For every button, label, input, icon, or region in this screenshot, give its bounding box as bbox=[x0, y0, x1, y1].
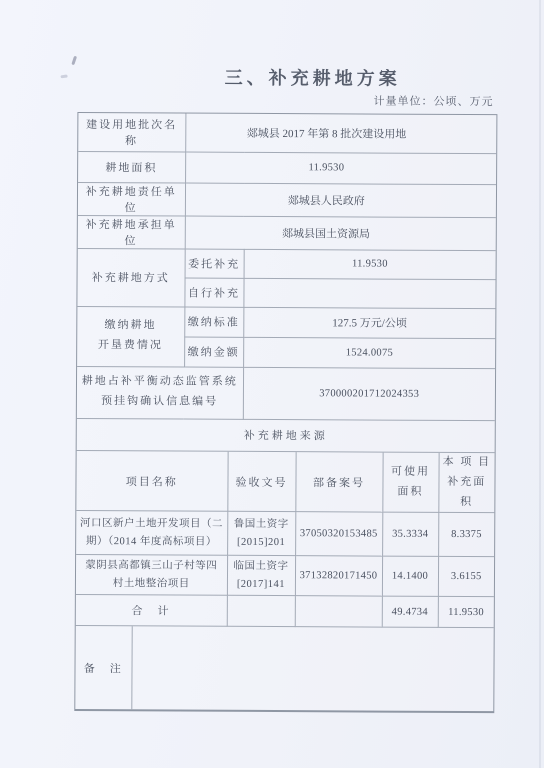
monitor-system-label-line2: 预挂钩确认信息编号 bbox=[101, 395, 218, 408]
source-section-header: 补充耕地来源 bbox=[77, 418, 495, 453]
header-project-name: 项目名称 bbox=[76, 451, 227, 512]
responsible-unit-label: 补充耕地责任单位 bbox=[78, 182, 185, 216]
total-label: 合 计 bbox=[76, 595, 227, 627]
batch-name-label: 建设用地批次名称 bbox=[78, 113, 185, 152]
fee-situation-label-line1: 缴纳耕地 bbox=[105, 319, 157, 331]
usable-area: 35.3334 bbox=[382, 512, 438, 556]
table-row: 耕地面积 11.9530 bbox=[78, 151, 496, 184]
remark-value bbox=[131, 627, 493, 712]
project-name-line2: 期）（2014 年度高标项目） bbox=[86, 536, 217, 548]
monitor-system-label-line1: 耕地占补平衡动态监管系统 bbox=[82, 375, 238, 388]
acceptance-doc: 鲁国土资字 [2015]201 bbox=[227, 512, 295, 556]
acceptance-doc-line1: 鲁国土资字 bbox=[234, 519, 289, 530]
project-name-line1: 蒙阴县高都镇三山子村等四 bbox=[85, 560, 217, 572]
total-usable-area: 49.4734 bbox=[382, 596, 438, 627]
monitor-confirmation-number: 370000201712024353 bbox=[243, 367, 495, 420]
batch-name-value: 郯城县 2017 年第 8 批次建设用地 bbox=[185, 114, 496, 154]
undertaking-unit-label: 补充耕地承担单位 bbox=[78, 215, 185, 249]
payment-standard-value: 127.5 万元/公顷 bbox=[243, 307, 495, 338]
table-row: 补充耕地来源 bbox=[77, 418, 495, 452]
total-supplement-area: 11.9530 bbox=[438, 597, 494, 628]
fee-situation-label-line2: 开垦费情况 bbox=[98, 339, 163, 351]
record-number: 37132820171450 bbox=[295, 556, 382, 596]
table-row: 缴纳耕地 开垦费情况 缴纳标准 127.5 万元/公顷 bbox=[77, 306, 495, 338]
table-row: 补充耕地方式 委托补充 11.9530 bbox=[78, 248, 496, 279]
usable-area: 14.1400 bbox=[382, 556, 438, 596]
project-name-line1: 河口区新户土地开发项目（二 bbox=[80, 518, 223, 530]
entrust-supplement-value: 11.9530 bbox=[244, 249, 496, 279]
pen-mark bbox=[71, 56, 77, 65]
measurement-unit-note: 计量单位：公顷、万元 bbox=[77, 91, 493, 109]
total-row: 合 计 49.4734 11.9530 bbox=[76, 595, 494, 628]
acceptance-doc-line1: 临国土资字 bbox=[234, 561, 289, 572]
table-row: 建设用地批次名称 郯城县 2017 年第 8 批次建设用地 bbox=[78, 113, 496, 153]
project-name: 蒙阴县高都镇三山子村等四 村土地整治项目 bbox=[76, 555, 227, 596]
pen-mark bbox=[60, 74, 67, 78]
header-usable-area-line1: 可使用 bbox=[391, 466, 430, 478]
self-supplement-value bbox=[243, 278, 495, 308]
table-row: 补充耕地承担单位 郯城县国土资源局 bbox=[78, 215, 496, 250]
acceptance-doc-line2: [2017]141 bbox=[237, 579, 285, 590]
source-table: 项目名称 验收文号 部备案号 可使用 面积 本 项 目 补充面积 河口区新户土地… bbox=[76, 451, 495, 629]
project-name-line2: 村土地整治项目 bbox=[113, 578, 190, 589]
table-row: 蒙阴县高都镇三山子村等四 村土地整治项目 临国土资字 [2017]141 371… bbox=[76, 555, 494, 597]
table-header-row: 项目名称 验收文号 部备案号 可使用 面积 本 项 目 补充面积 bbox=[76, 451, 494, 513]
header-supplement-area: 本 项 目 补充面积 bbox=[438, 453, 494, 513]
payment-standard-label: 缴纳标准 bbox=[184, 307, 243, 337]
header-record-number: 部备案号 bbox=[295, 452, 382, 512]
project-name: 河口区新户土地开发项目（二 期）（2014 年度高标项目） bbox=[76, 511, 227, 556]
info-table: 建设用地批次名称 郯城县 2017 年第 8 批次建设用地 耕地面积 11.95… bbox=[77, 113, 497, 421]
fee-situation-label: 缴纳耕地 开垦费情况 bbox=[77, 306, 184, 367]
supplement-method-label: 补充耕地方式 bbox=[77, 248, 184, 307]
self-supplement-label: 自行补充 bbox=[184, 278, 243, 307]
cultivated-area-label: 耕地面积 bbox=[78, 151, 185, 183]
acceptance-doc-line2: [2015]201 bbox=[237, 537, 285, 548]
undertaking-unit-value: 郯城县国土资源局 bbox=[185, 216, 496, 251]
header-usable-area: 可使用 面积 bbox=[382, 453, 438, 513]
main-table: 建设用地批次名称 郯城县 2017 年第 8 批次建设用地 耕地面积 11.95… bbox=[74, 112, 497, 714]
payment-amount-label: 缴纳金额 bbox=[184, 337, 243, 367]
table-row: 备 注 bbox=[75, 626, 493, 711]
header-supplement-area-line1: 本 项 目 bbox=[443, 456, 492, 468]
total-acceptance-doc-empty bbox=[227, 596, 295, 627]
header-usable-area-line2: 面积 bbox=[397, 485, 423, 497]
table-row: 耕地占补平衡动态监管系统 预挂钩确认信息编号 37000020171202435… bbox=[77, 366, 495, 420]
responsible-unit-value: 郯城县人民政府 bbox=[185, 183, 496, 218]
table-row: 补充耕地责任单位 郯城县人民政府 bbox=[78, 182, 496, 217]
entrust-supplement-label: 委托补充 bbox=[185, 249, 244, 278]
page-title: 三、补充耕地方案 bbox=[78, 63, 496, 91]
document: 三、补充耕地方案 计量单位：公顷、万元 建设用地批次名称 郯城县 2017 年第… bbox=[0, 0, 544, 768]
supplement-area: 8.3375 bbox=[438, 513, 494, 557]
acceptance-doc: 临国土资字 [2017]141 bbox=[227, 556, 295, 596]
header-acceptance-doc: 验收文号 bbox=[227, 452, 295, 512]
record-number: 37050320153485 bbox=[295, 512, 382, 556]
remark-label: 备 注 bbox=[75, 626, 131, 709]
payment-amount-value: 1524.0075 bbox=[243, 337, 495, 368]
remark-table: 备 注 bbox=[75, 626, 493, 711]
total-record-number-empty bbox=[295, 596, 382, 627]
supplement-area: 3.6155 bbox=[438, 557, 494, 597]
table-row: 河口区新户土地开发项目（二 期）（2014 年度高标项目） 鲁国土资字 [201… bbox=[76, 511, 494, 557]
source-section-title: 补充耕地来源 bbox=[77, 418, 495, 452]
header-supplement-area-line2: 补充面积 bbox=[447, 476, 486, 508]
monitor-system-label: 耕地占补平衡动态监管系统 预挂钩确认信息编号 bbox=[77, 366, 243, 419]
cultivated-area-value: 11.9530 bbox=[185, 152, 496, 185]
scanned-paper-sheet: 三、补充耕地方案 计量单位：公顷、万元 建设用地批次名称 郯城县 2017 年第… bbox=[0, 0, 544, 768]
